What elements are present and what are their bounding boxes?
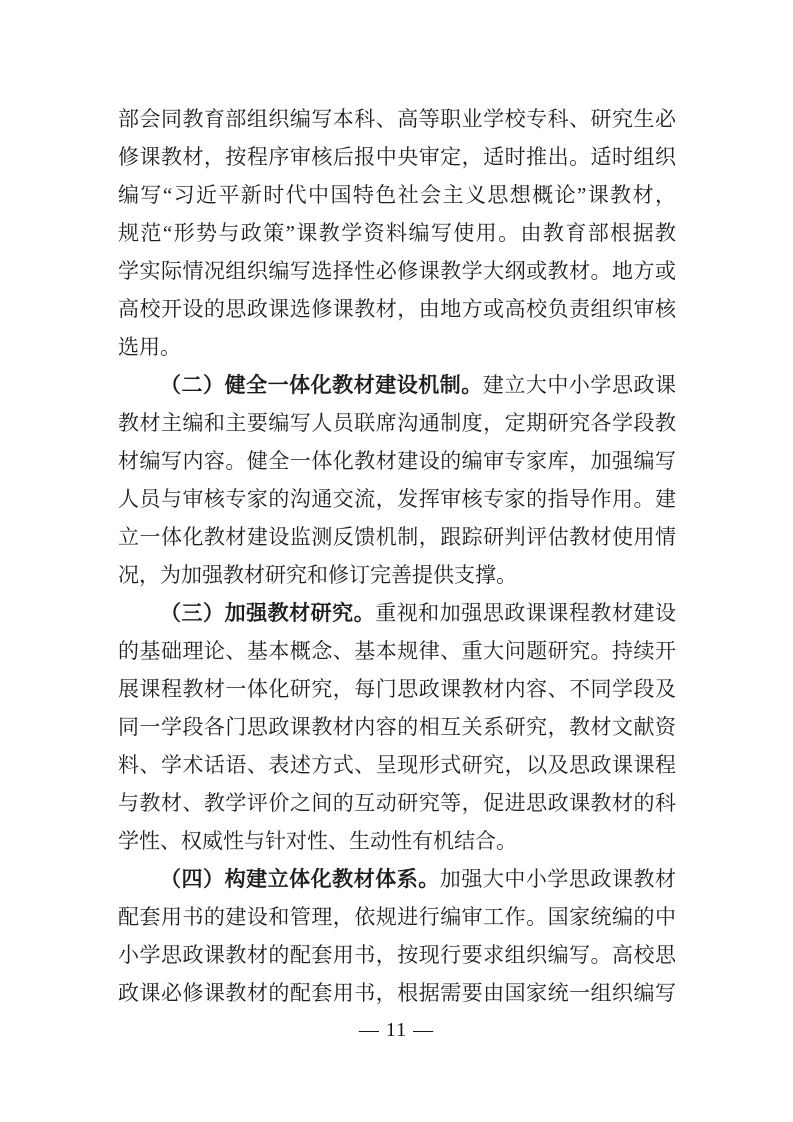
page-footer: — 11 — xyxy=(0,1016,793,1044)
text-line: 选用。 xyxy=(118,328,676,366)
section-heading: （二）健全一体化教材建设机制。 xyxy=(160,373,483,397)
section-heading: （四）构建立体化教材体系。 xyxy=(160,867,440,891)
text-line: 材编写内容。健全一体化教材建设的编审专家库，加强编写 xyxy=(118,442,676,480)
text-line: 料、学术话语、表述方式、呈现形式研究，以及思政课课程 xyxy=(118,746,676,784)
text-line: 编写“习近平新时代中国特色社会主义思想概论”课教材， xyxy=(118,176,676,214)
text-line: 立一体化教材建设监测反馈机制，跟踪研判评估教材使用情 xyxy=(118,518,676,556)
text-line: 规范“形势与政策”课教学资料编写使用。由教育部根据教 xyxy=(118,214,676,252)
document-page: { "document": { "paragraphs": [ { "inden… xyxy=(0,0,793,1122)
text-line: 学实际情况组织编写选择性必修课教学大纲或教材。地方或 xyxy=(118,252,676,290)
text-line: 教材主编和主要编写人员联席沟通制度，定期研究各学段教 xyxy=(118,404,676,442)
section-heading: （三）加强教材研究。 xyxy=(160,601,375,625)
text-line: （二）健全一体化教材建设机制。建立大中小学思政课 xyxy=(118,366,676,404)
text-line: （三）加强教材研究。重视和加强思政课课程教材建设 xyxy=(118,594,676,632)
text-line: （四）构建立体化教材体系。加强大中小学思政课教材 xyxy=(118,860,676,898)
text-line: 政课必修课教材的配套用书，根据需要由国家统一组织编写 xyxy=(118,974,676,1012)
page: 部会同教育部组织编写本科、高等职业学校专科、研究生必修课教材，按程序审核后报中央… xyxy=(0,0,793,1122)
page-number: — 11 — xyxy=(359,1019,434,1041)
text-line: 修课教材，按程序审核后报中央审定，适时推出。适时组织 xyxy=(118,138,676,176)
text-line: 高校开设的思政课选修课教材，由地方或高校负责组织审核 xyxy=(118,290,676,328)
text-line: 的基础理论、基本概念、基本规律、重大问题研究。持续开 xyxy=(118,632,676,670)
text-line: 同一学段各门思政课教材内容的相互关系研究，教材文献资 xyxy=(118,708,676,746)
text-line: 配套用书的建设和管理，依规进行编审工作。国家统编的中 xyxy=(118,898,676,936)
text-line: 展课程教材一体化研究，每门思政课教材内容、不同学段及 xyxy=(118,670,676,708)
text-line: 学性、权威性与针对性、生动性有机结合。 xyxy=(118,822,676,860)
text-line: 部会同教育部组织编写本科、高等职业学校专科、研究生必 xyxy=(118,100,676,138)
text-line: 况，为加强教材研究和修订完善提供支撑。 xyxy=(118,556,676,594)
text-line: 小学思政课教材的配套用书，按现行要求组织编写。高校思 xyxy=(118,936,676,974)
text-line: 与教材、教学评价之间的互动研究等，促进思政课教材的科 xyxy=(118,784,676,822)
document-body: 部会同教育部组织编写本科、高等职业学校专科、研究生必修课教材，按程序审核后报中央… xyxy=(118,100,676,1012)
text-line: 人员与审核专家的沟通交流，发挥审核专家的指导作用。建 xyxy=(118,480,676,518)
